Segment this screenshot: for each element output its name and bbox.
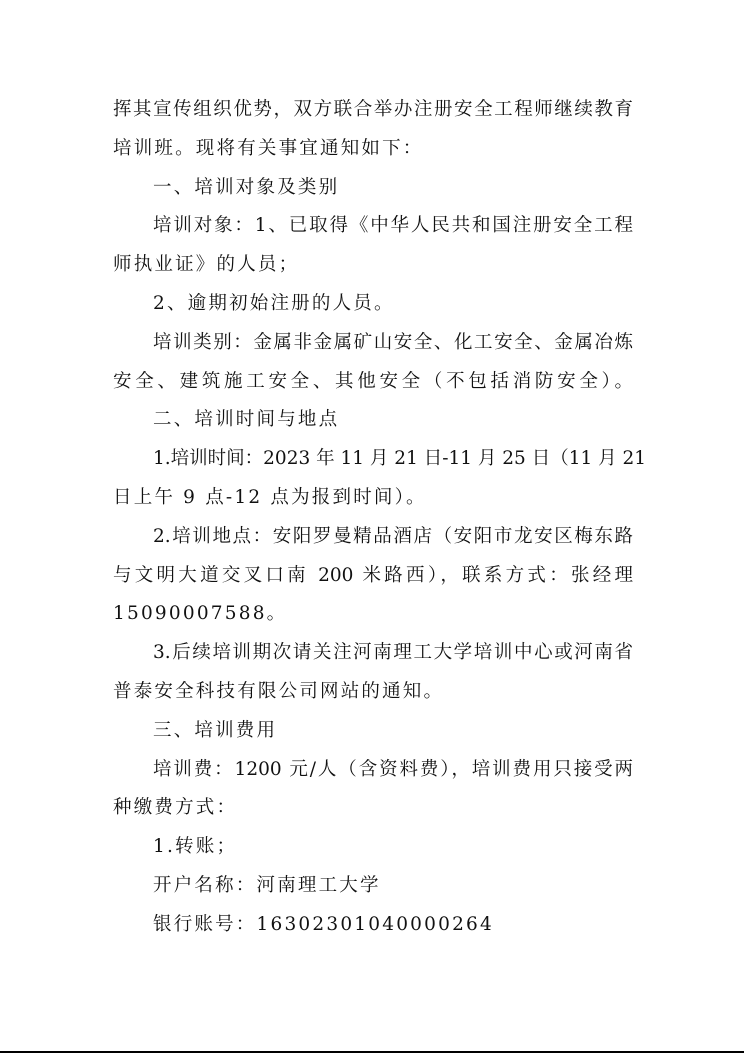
followup-notice-line: 普泰安全科技有限公司网站的通知。	[113, 678, 633, 717]
training-target-line: 2、逾期初始注册的人员。	[113, 290, 633, 329]
section-heading-3: 三、培训费用	[113, 717, 633, 756]
training-fee-line: 培训费：1200 元/人（含资料费），培训费用只接受两	[113, 756, 633, 795]
document-page: 挥其宣传组织优势，双方联合举办注册安全工程师继续教育 培训班。现将有关事宜通知如…	[0, 0, 744, 1053]
section-heading-2: 二、培训时间与地点	[113, 406, 633, 445]
training-fee-line: 种缴费方式：	[113, 794, 633, 833]
contact-phone-line: 15090007588。	[113, 600, 633, 639]
payment-method-line: 1.转账；	[113, 833, 633, 872]
training-target-line: 培训对象：1、已取得《中华人民共和国注册安全工程	[113, 212, 633, 251]
training-target-line: 师执业证》的人员；	[113, 251, 633, 290]
followup-notice-line: 3.后续培训期次请关注河南理工大学培训中心或河南省	[113, 639, 633, 678]
paragraph-line: 挥其宣传组织优势，双方联合举办注册安全工程师继续教育	[113, 96, 633, 135]
bank-account-line: 银行账号：16302301040000264	[113, 911, 633, 950]
training-category-line: 安全、建筑施工安全、其他安全（不包括消防安全）。	[113, 368, 633, 407]
document-body: 挥其宣传组织优势，双方联合举办注册安全工程师继续教育 培训班。现将有关事宜通知如…	[113, 96, 633, 950]
paragraph-line: 培训班。现将有关事宜通知如下：	[113, 135, 633, 174]
training-time-line: 1.培训时间：2023 年 11 月 21 日-11 月 25 日（11 月 2…	[113, 445, 633, 484]
account-name-line: 开户名称：河南理工大学	[113, 872, 633, 911]
section-heading-1: 一、培训对象及类别	[113, 174, 633, 213]
training-location-line: 2.培训地点：安阳罗曼精品酒店（安阳市龙安区梅东路	[113, 523, 633, 562]
training-time-line: 日上午 9 点-12 点为报到时间）。	[113, 484, 633, 523]
training-category-line: 培训类别：金属非金属矿山安全、化工安全、金属冶炼	[113, 329, 633, 368]
training-location-line: 与文明大道交叉口南 200 米路西），联系方式：张经理	[113, 562, 633, 601]
